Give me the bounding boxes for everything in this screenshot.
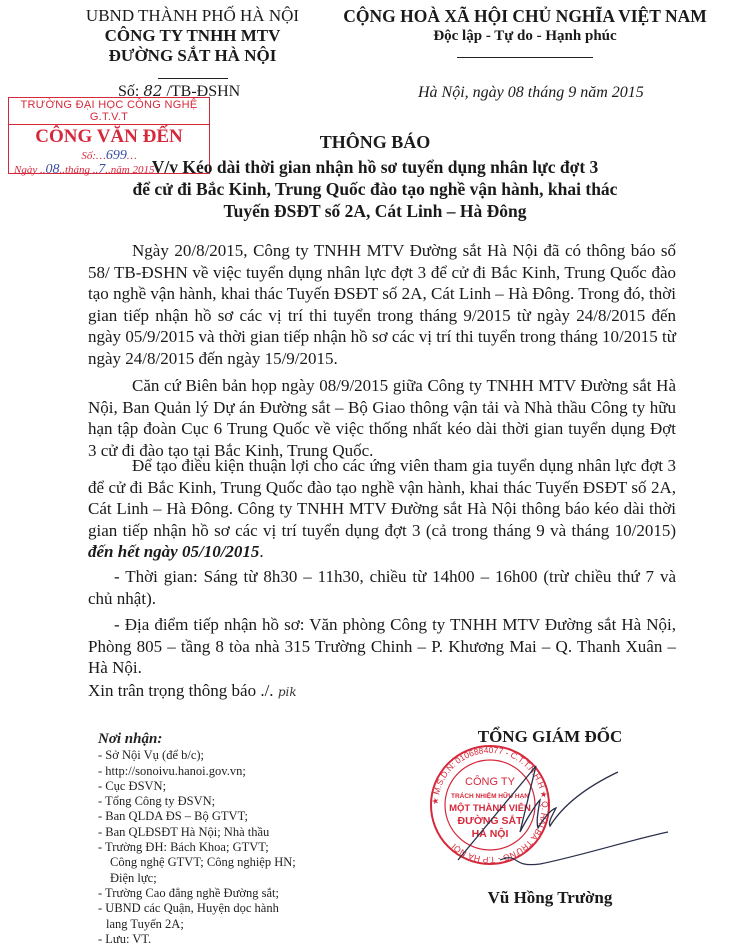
recipient-item: - Cục ĐSVN;: [98, 779, 358, 794]
paragraph-extension: Để tạo điều kiện thuận lợi cho các ứng v…: [88, 455, 676, 563]
header-divider-left: [158, 78, 228, 79]
closing-line: Xin trân trọng thông báo ./. pik: [88, 681, 297, 701]
recipient-item: lang Tuyến 2A;: [98, 917, 358, 932]
recipient-item: - Tổng Công ty ĐSVN;: [98, 794, 358, 809]
subject-line-3: Tuyến ĐSĐT số 2A, Cát Linh – Hà Đông: [0, 200, 750, 222]
recipients-list: Nơi nhận: - Sở Nội Vụ (để b/c); - http:/…: [98, 732, 358, 946]
national-motto: Độc lập - Tự do - Hạnh phúc: [320, 26, 730, 46]
item-time: - Thời gian: Sáng từ 8h30 – 11h30, chiều…: [88, 566, 676, 609]
issuer-authority: UBND THÀNH PHỐ HÀ NỘI: [60, 6, 325, 26]
issuer-company-line1: CÔNG TY TNHH MTV: [60, 26, 325, 46]
header-divider-right: [457, 57, 593, 58]
signer-name: Vũ Hồng Trường: [450, 888, 650, 908]
recipient-item: - Lưu: VT.: [98, 932, 358, 946]
handwritten-signature-icon: [440, 760, 670, 870]
subject-line-2: để cử đi Bắc Kinh, Trung Quốc đào tạo ng…: [0, 178, 750, 200]
nation-name: CỘNG HOÀ XÃ HỘI CHỦ NGHĨA VIỆT NAM: [320, 6, 730, 26]
extension-end: .: [259, 542, 263, 561]
document-title: THÔNG BÁO: [0, 132, 750, 153]
recipient-item: - UBND các Quận, Huyện dọc hành: [98, 901, 358, 916]
document-subject: V/v Kéo dài thời gian nhận hồ sơ tuyển d…: [0, 156, 750, 222]
stamp-organization: TRƯỜNG ĐẠI HỌC CÔNG NGHỆ G.T.V.T: [9, 98, 209, 125]
item-location: - Địa điểm tiếp nhận hồ sơ: Văn phòng Cô…: [88, 614, 676, 679]
recipient-item: - Sở Nội Vụ (để b/c);: [98, 748, 358, 763]
national-header: CỘNG HOÀ XÃ HỘI CHỦ NGHĨA VIỆT NAM Độc l…: [320, 6, 730, 58]
recipient-item: Điện lực;: [98, 871, 358, 886]
closing-text: Xin trân trọng thông báo ./.: [88, 681, 274, 700]
recipient-item: - Ban QLDA ĐS – Bộ GTVT;: [98, 809, 358, 824]
recipients-heading: Nơi nhận:: [98, 732, 358, 747]
extension-text: Để tạo điều kiện thuận lợi cho các ứng v…: [88, 456, 676, 540]
issuer-header: UBND THÀNH PHỐ HÀ NỘI CÔNG TY TNHH MTV Đ…: [60, 6, 325, 79]
handwritten-initials: pik: [278, 685, 297, 699]
recipient-item: Công nghệ GTVT; Công nghiệp HN;: [98, 855, 358, 870]
issuer-company-line2: ĐƯỜNG SẮT HÀ NỘI: [60, 46, 325, 66]
issue-date: Hà Nội, ngày 08 tháng 9 năm 2015: [418, 84, 644, 102]
paragraph-background: Ngày 20/8/2015, Công ty TNHH MTV Đường s…: [88, 240, 676, 370]
extension-deadline: đến hết ngày 05/10/2015: [88, 542, 259, 561]
recipient-item: - Ban QLĐSĐT Hà Nội; Nhà thầu: [98, 825, 358, 840]
recipient-item: - Trường Cao đẳng nghề Đường sắt;: [98, 886, 358, 901]
recipient-item: - http://sonoivu.hanoi.gov.vn;: [98, 764, 358, 779]
subject-line-1: V/v Kéo dài thời gian nhận hồ sơ tuyển d…: [0, 156, 750, 178]
recipient-item: - Trường ĐH: Bách Khoa; GTVT;: [98, 840, 358, 855]
paragraph-basis: Căn cứ Biên bản họp ngày 08/9/2015 giữa …: [88, 375, 676, 461]
